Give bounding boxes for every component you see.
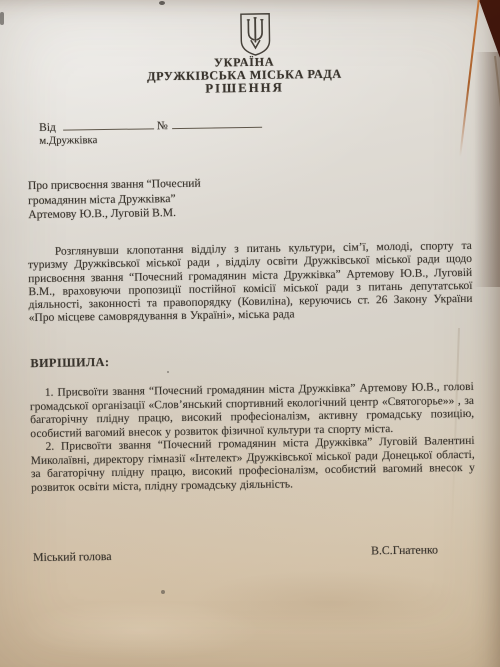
ink-speck	[167, 371, 169, 373]
date-number-line: Від№	[39, 116, 262, 134]
ink-speck	[161, 590, 165, 594]
ink-speck	[0, 12, 4, 25]
document-photo: УКРАЇНА ДРУЖКІВСЬКА МІСЬКА РАДА РІШЕННЯ …	[0, 0, 500, 667]
date-label: Від	[39, 122, 56, 134]
ink-speck	[159, 1, 165, 5]
coat-of-arms-icon	[238, 12, 274, 57]
resolution-item-2: 2. Присвоїти звання “Почесний громадянин…	[30, 435, 475, 495]
resolution-items: 1. Присвоїти звання “Почесний громадянин…	[30, 381, 475, 495]
subject-line: Артемову Ю.В., Луговій В.М.	[28, 206, 201, 223]
preamble-paragraph: Розглянувши клопотання відділу з питань …	[28, 240, 473, 326]
signature-title: Міський голова	[33, 549, 112, 565]
city-name: м.Дружківка	[39, 134, 97, 147]
resolution-heading: ВИРІШИЛА:	[30, 355, 109, 371]
number-label: №	[157, 120, 168, 132]
resolution-item-1: 1. Присвоїти звання “Почесний громадянин…	[30, 381, 475, 441]
subject-block: Про присвоєння звання “Почесний громадян…	[28, 177, 201, 223]
number-blank-line	[172, 116, 262, 129]
date-blank-line	[63, 117, 154, 130]
document-content: УКРАЇНА ДРУЖКІВСЬКА МІСЬКА РАДА РІШЕННЯ …	[0, 0, 500, 667]
signature-name: В.С.Гнатенко	[371, 542, 438, 558]
paper-sheet: УКРАЇНА ДРУЖКІВСЬКА МІСЬКА РАДА РІШЕННЯ …	[0, 0, 500, 667]
